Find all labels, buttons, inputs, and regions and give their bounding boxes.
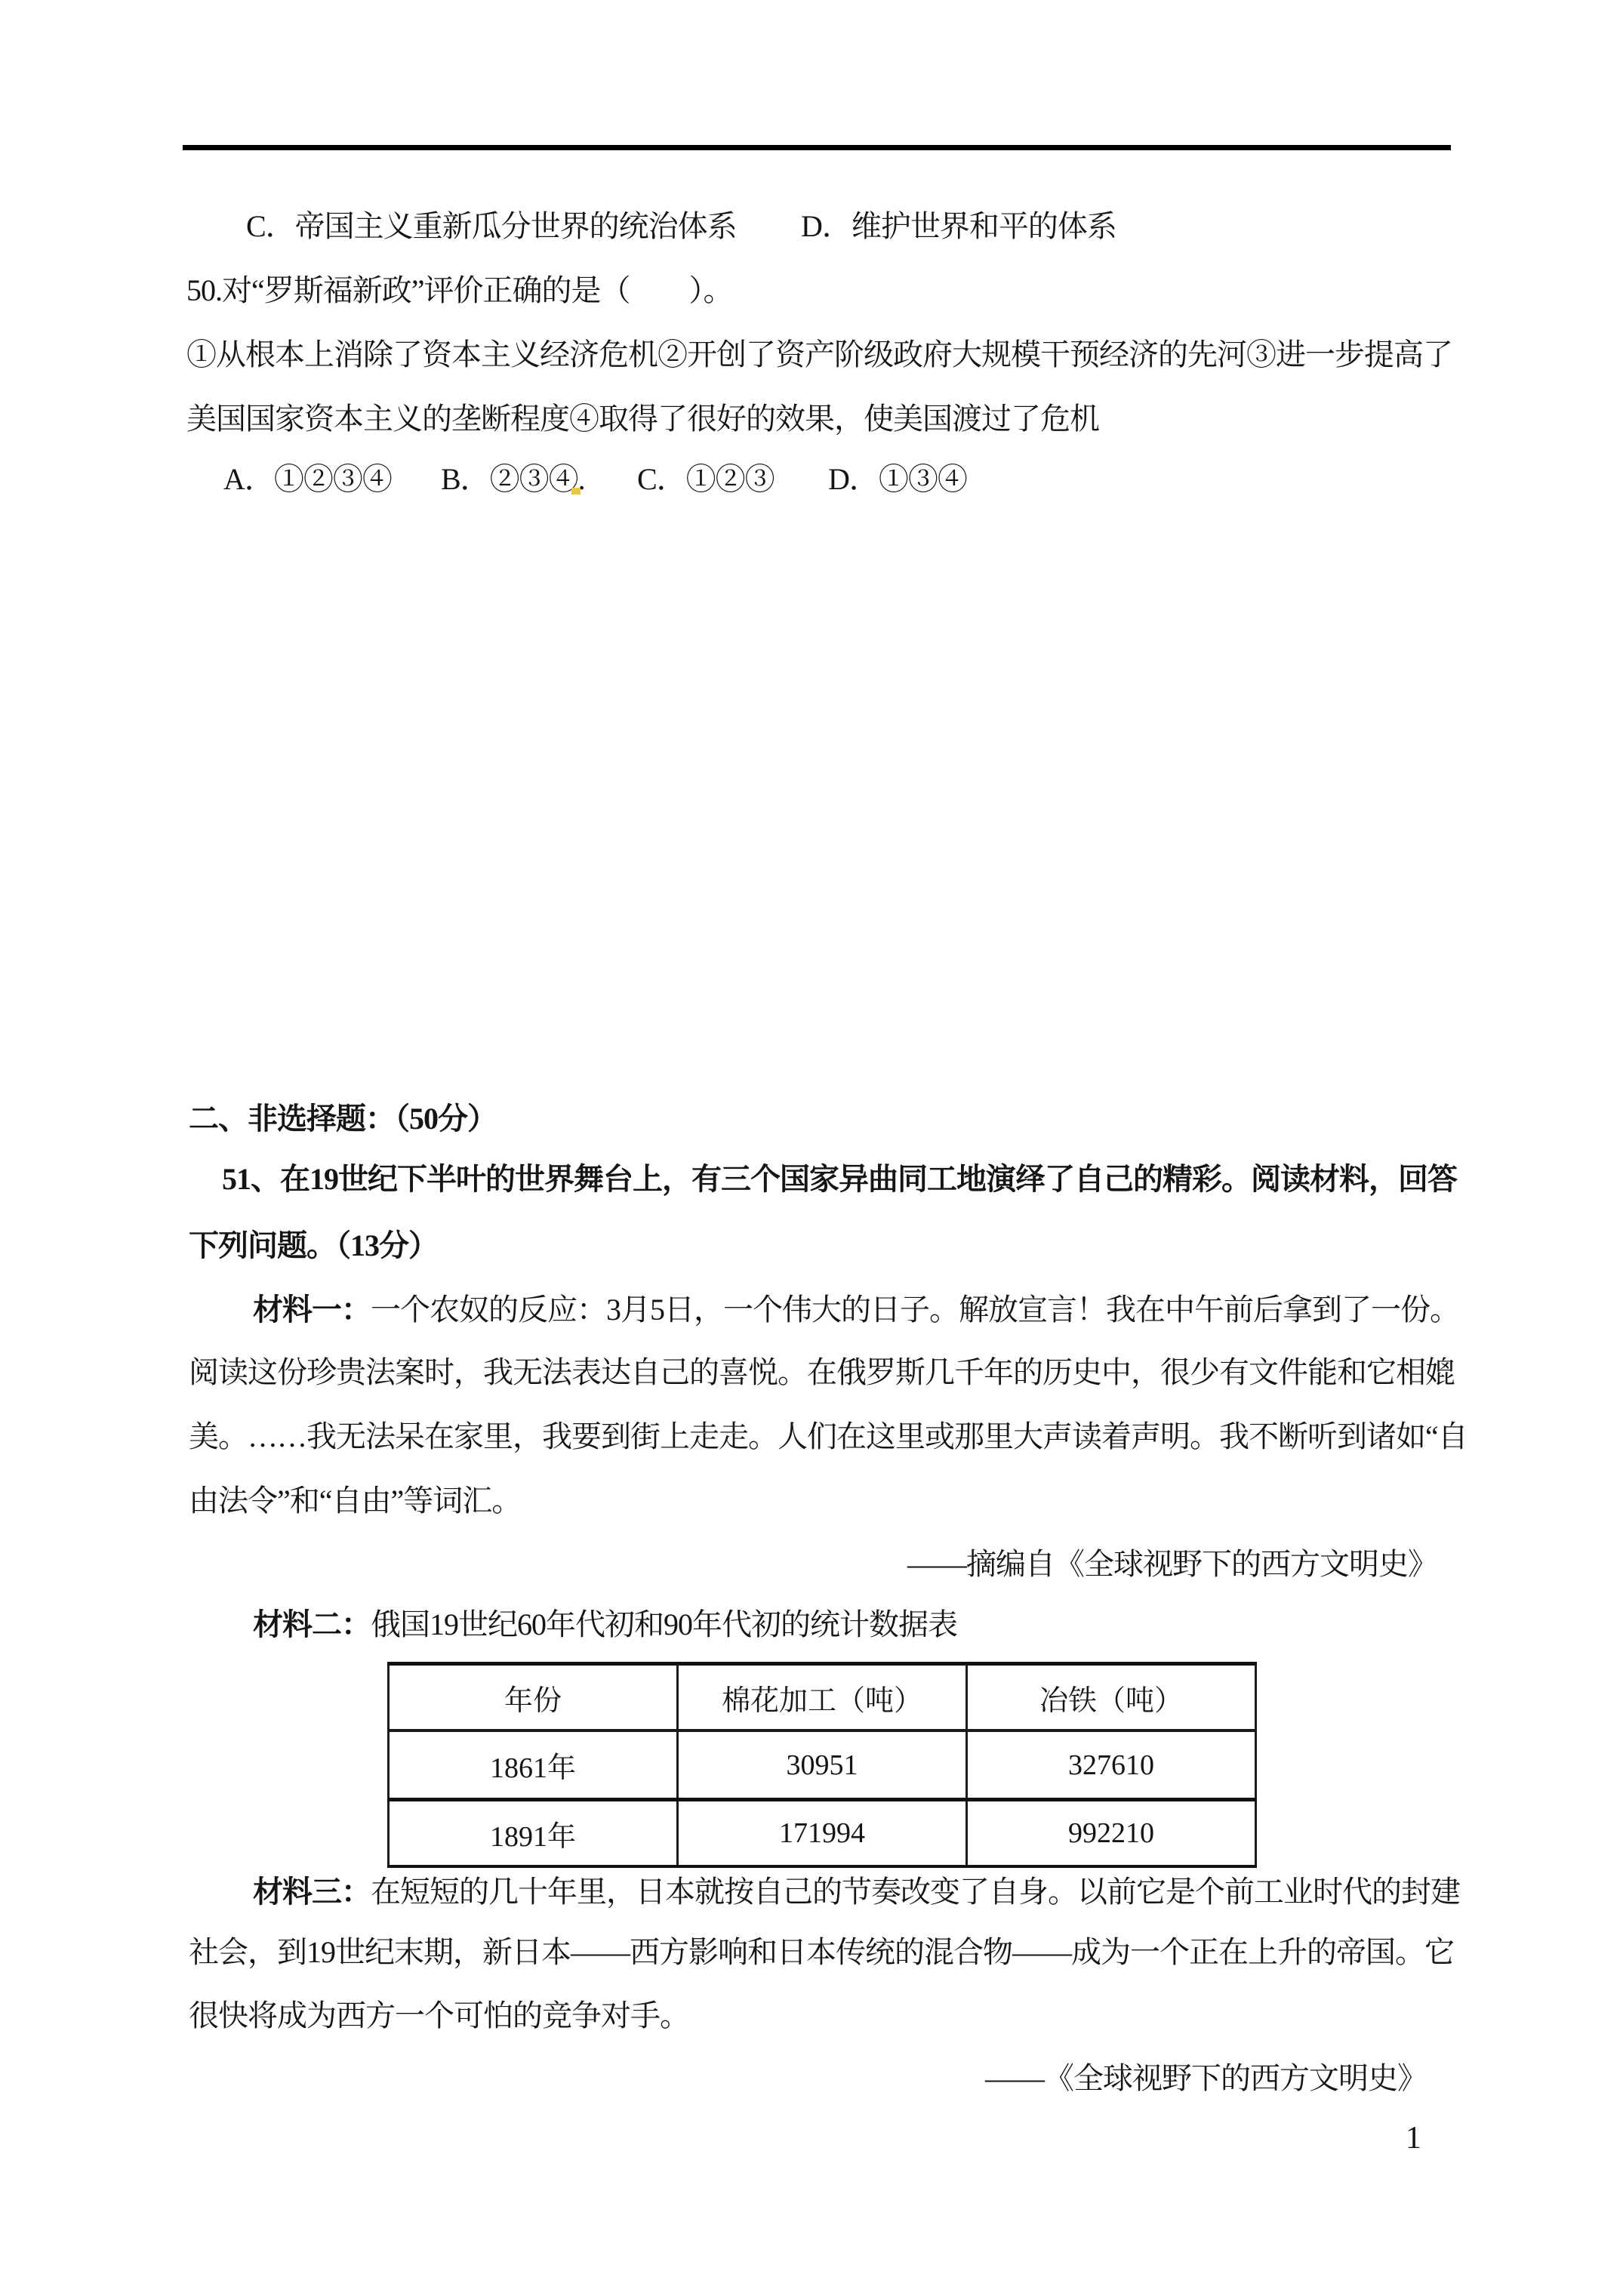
table-row-1891: 1891年 171994 992210 [389, 1800, 1256, 1867]
exam-paper-page: C．帝国主义重新瓜分世界的统治体系 D．维护世界和平的体系 50.对“罗斯福新政… [0, 0, 1623, 2296]
q49-option-d: D．维护世界和平的体系 [801, 203, 1116, 250]
material1-line1: 材料一：一个农奴的反应：3月5日，一个伟大的日子。解放宣言！我在中午前后拿到了一… [253, 1287, 1459, 1333]
q51-stem-line2: 下列问题。（13分） [189, 1222, 438, 1269]
material3-text1: 在短短的几十年里，日本就按自己的节奏改变了自身。以前它是个前工业时代的封建 [371, 1875, 1460, 1909]
statistics-table: 年份 棉花加工（吨） 冶铁（吨） 1861年 30951 327610 1891… [387, 1662, 1257, 1868]
material1-text1: 一个农奴的反应：3月5日，一个伟大的日子。解放宣言！我在中午前后拿到了一份。 [371, 1293, 1459, 1327]
table-header-iron: 冶铁（吨） [967, 1664, 1256, 1731]
q50-option-a: A．①②③④ [223, 456, 392, 503]
material3-line1: 材料三：在短短的几十年里，日本就按自己的节奏改变了自身。以前它是个前工业时代的封… [253, 1869, 1460, 1915]
material3-label: 材料三： [253, 1875, 371, 1909]
page-number: 1 [1406, 2117, 1421, 2159]
table-header-year: 年份 [389, 1664, 678, 1731]
material2-caption: 俄国19世纪60年代初和90年代初的统计数据表 [371, 1607, 957, 1641]
material1-line3: 美。……我无法呆在家里，我要到街上走走。人们在这里或那里大声读着声明。我不断听到… [189, 1413, 1467, 1460]
cell-year-1861: 1861年 [389, 1730, 678, 1800]
material1-line4: 由法令”和“自由”等词汇。 [189, 1478, 521, 1524]
q50-items-line2: 美国国家资本主义的垄断程度④取得了很好的效果，使美国渡过了危机 [186, 396, 1099, 442]
cell-iron-1861: 327610 [967, 1730, 1256, 1800]
cell-year-1891: 1891年 [389, 1800, 678, 1867]
q51-stem-line1: 51、在19世纪下半叶的世界舞台上，有三个国家异曲同工地演绎了自己的精彩。阅读材… [222, 1156, 1457, 1203]
q50-option-b: B．②③④. [441, 456, 585, 503]
q49-option-c: C．帝国主义重新瓜分世界的统治体系 [246, 203, 737, 250]
cell-cotton-1861: 30951 [678, 1730, 967, 1800]
header-rule [183, 145, 1451, 150]
table-header-row: 年份 棉花加工（吨） 冶铁（吨） [389, 1664, 1256, 1731]
material3-source: ——《全球视野下的西方文明史》 [183, 2055, 1427, 2102]
q50-option-c: C．①②③ [637, 456, 775, 503]
material1-label: 材料一： [253, 1293, 371, 1327]
table-row-1861: 1861年 30951 327610 [389, 1730, 1256, 1800]
highlight-artifact [571, 488, 581, 495]
material2-caption-line: 材料二：俄国19世纪60年代初和90年代初的统计数据表 [253, 1601, 957, 1648]
material1-source: ——摘编自《全球视野下的西方文明史》 [183, 1541, 1437, 1588]
q50-items-line1: ①从根本上消除了资本主义经济危机②开创了资产阶级政府大规模干预经济的先河③进一步… [186, 331, 1452, 378]
material3-line2: 社会，到19世纪末期，新日本——西方影响和日本传统的混合物——成为一个正在上升的… [189, 1929, 1454, 1976]
cell-cotton-1891: 171994 [678, 1800, 967, 1867]
material3-line3: 很快将成为西方一个可怕的竞争对手。 [189, 1992, 689, 2039]
material2-label: 材料二： [253, 1607, 371, 1641]
table-header-cotton: 棉花加工（吨） [678, 1664, 967, 1731]
cell-iron-1891: 992210 [967, 1800, 1256, 1867]
q50-option-d: D．①③④ [828, 456, 967, 503]
section2-heading: 二、非选择题：（50分） [189, 1096, 497, 1142]
material1-line2: 阅读这份珍贵法案时，我无法表达自己的喜悦。在俄罗斯几千年的历史中，很少有文件能和… [189, 1349, 1455, 1396]
q50-stem: 50.对“罗斯福新政”评价正确的是（ ）。 [186, 267, 733, 314]
